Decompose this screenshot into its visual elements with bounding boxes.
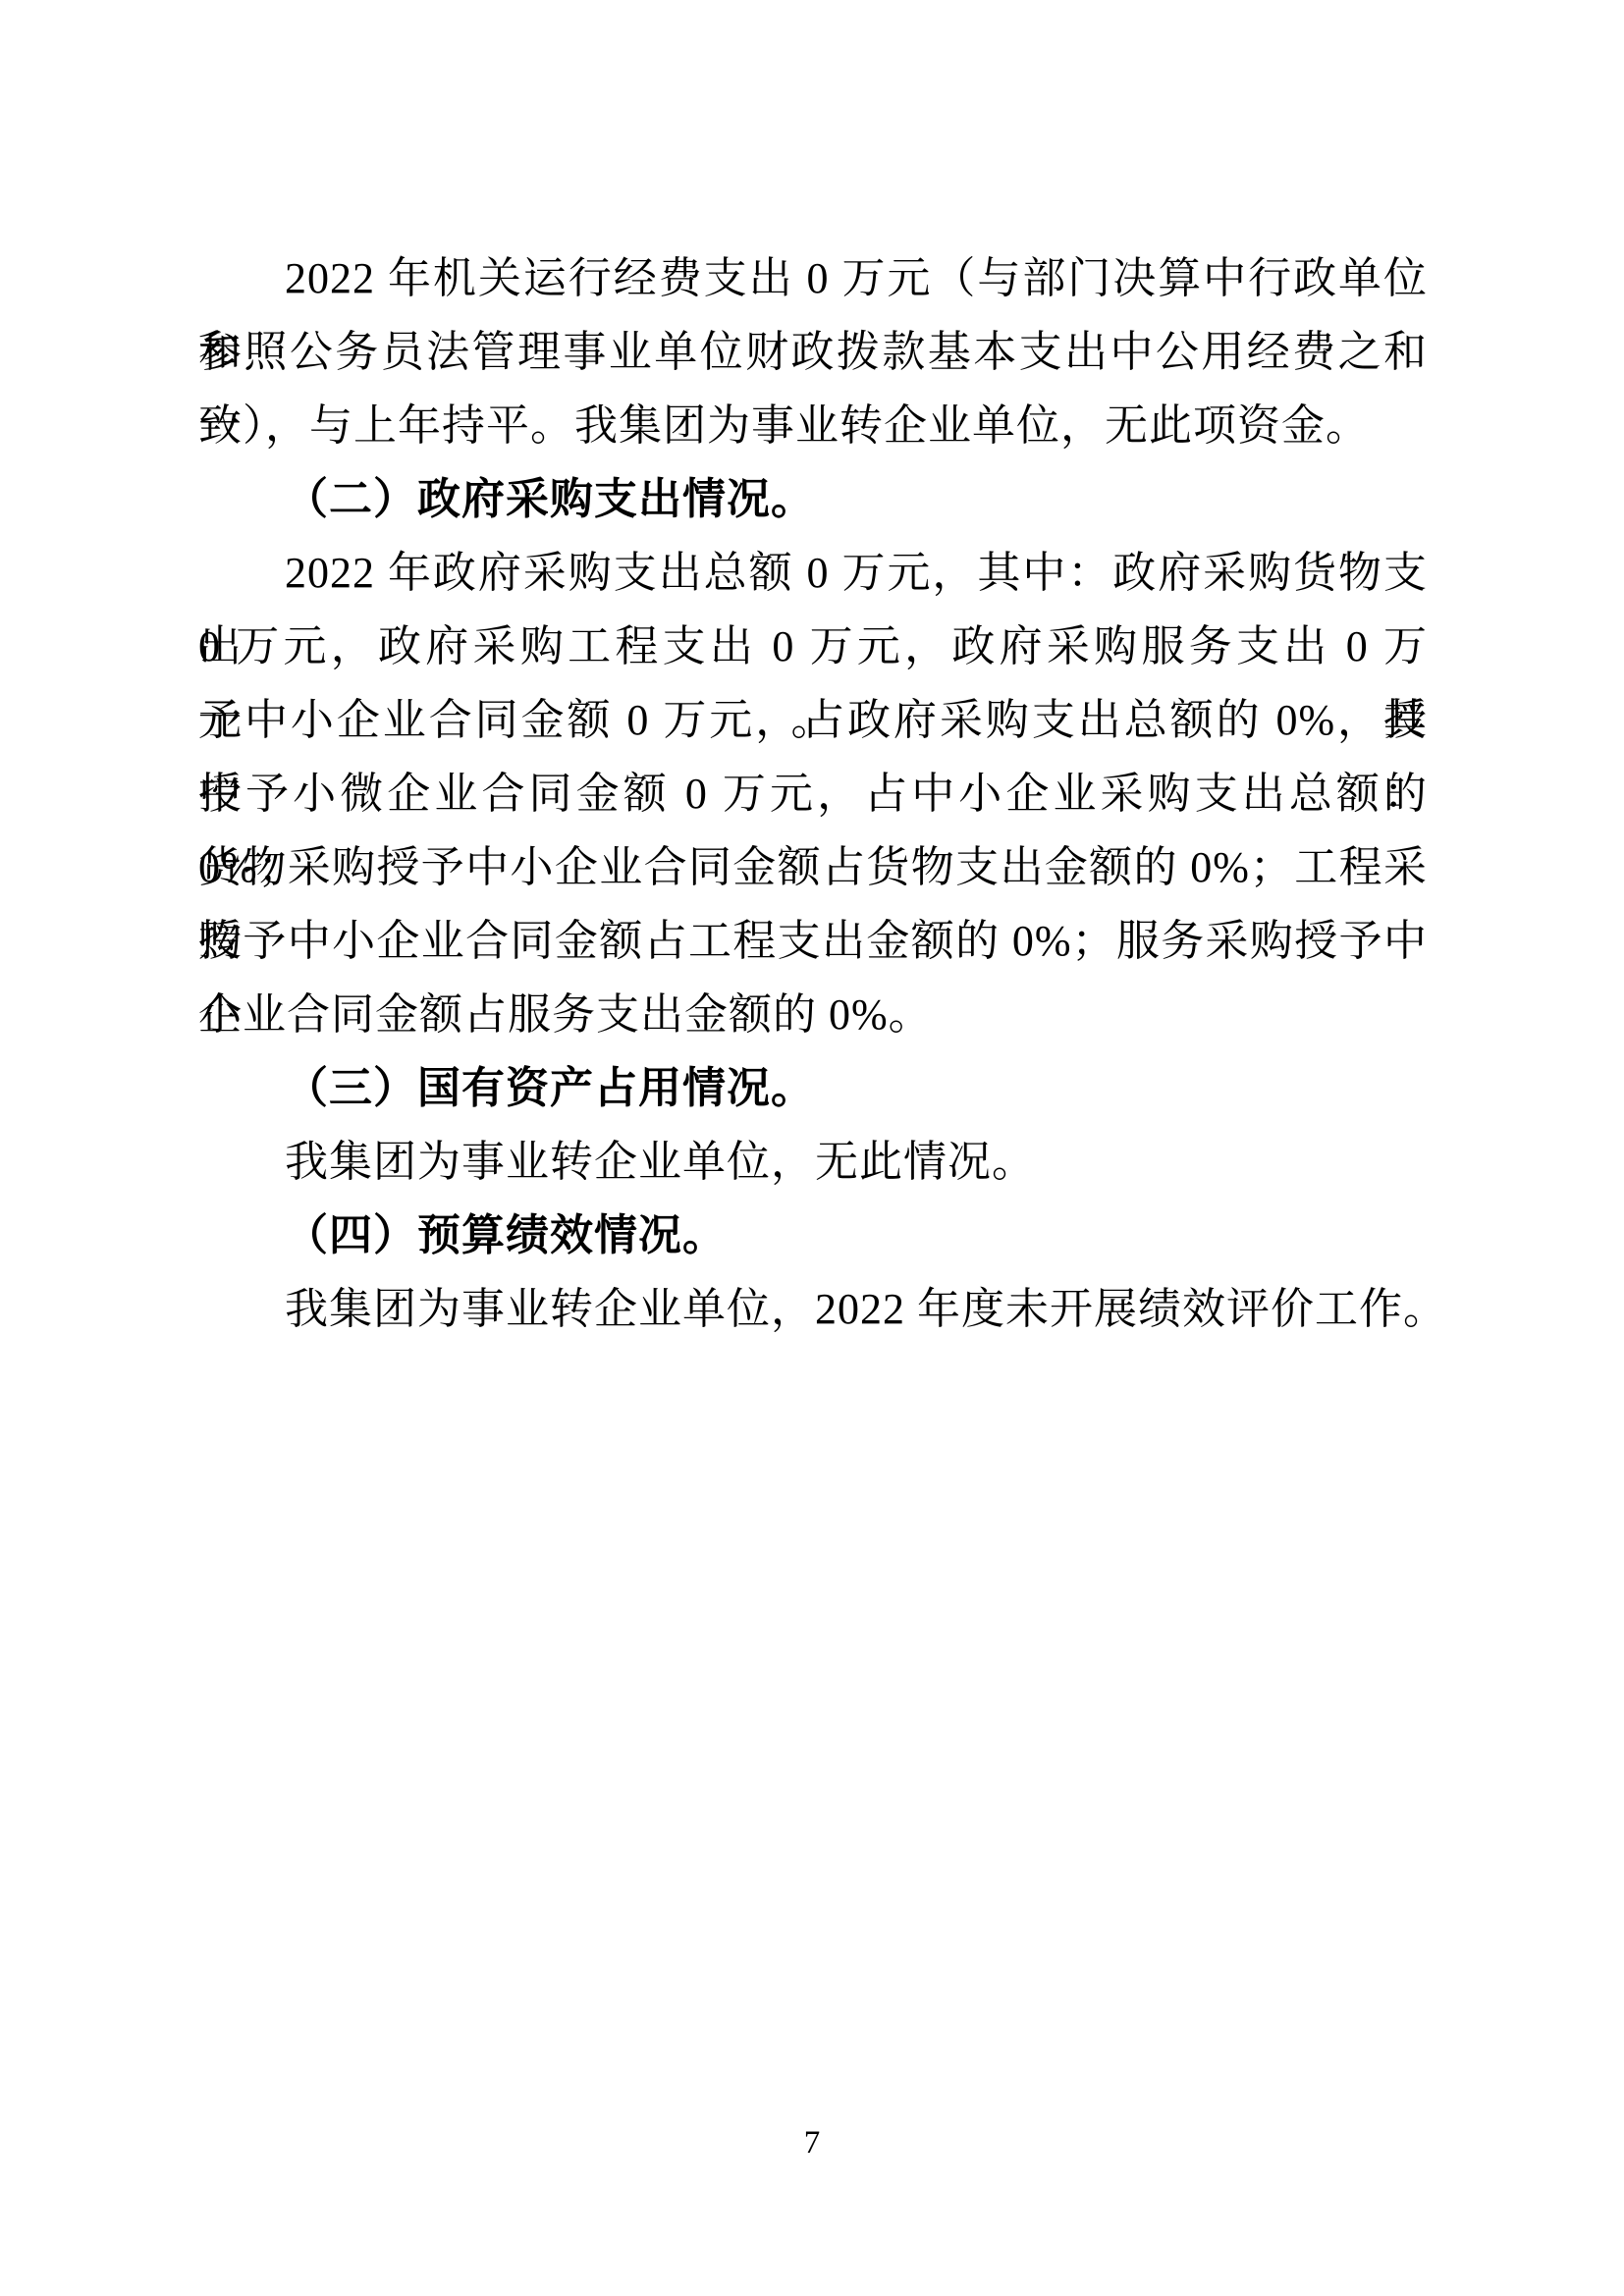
body-text-line: 授予中小企业合同金额占工程支出金额的 0%；服务采购授予中小 bbox=[198, 904, 1428, 978]
section-heading: （三）国有资产占用情况。 bbox=[198, 1051, 1428, 1125]
body-text-line: 我集团为事业转企业单位，2022 年度未开展绩效评价工作。 bbox=[198, 1272, 1428, 1346]
body-text-line: 予中小企业合同金额 0 万元，占政府采购支出总额的 0%，其中： bbox=[198, 683, 1428, 757]
page-number: 7 bbox=[0, 2123, 1624, 2163]
body-text-line: 货物采购授予中小企业合同金额占货物支出金额的 0%；工程采购 bbox=[198, 830, 1428, 904]
document-page: 2022 年机关运行经费支出 0 万元（与部门决算中行政单位和参照公务员法管理事… bbox=[0, 0, 1624, 2296]
body-text-line: 我集团为事业转企业单位，无此情况。 bbox=[198, 1125, 1428, 1199]
body-text-line: 授予小微企业合同金额 0 万元，占中小企业采购支出总额的 0%； bbox=[198, 757, 1428, 830]
section-heading: （二）政府采购支出情况。 bbox=[198, 462, 1428, 536]
section-heading: （四）预算绩效情况。 bbox=[198, 1199, 1428, 1272]
body-text-line: 参照公务员法管理事业单位财政拨款基本支出中公用经费之和一 bbox=[198, 315, 1428, 389]
body-text-line: 企业合同金额占服务支出金额的 0%。 bbox=[198, 978, 1428, 1051]
body-text-line: 0 万元，政府采购工程支出 0 万元，政府采购服务支出 0 万元。授 bbox=[198, 610, 1428, 683]
body-text-line: 致），与上年持平。我集团为事业转企业单位，无此项资金。 bbox=[198, 389, 1428, 462]
body-text-line: 2022 年机关运行经费支出 0 万元（与部门决算中行政单位和 bbox=[198, 241, 1428, 315]
document-text-block: 2022 年机关运行经费支出 0 万元（与部门决算中行政单位和参照公务员法管理事… bbox=[198, 241, 1428, 1346]
body-text-line: 2022 年政府采购支出总额 0 万元，其中：政府采购货物支出 bbox=[198, 536, 1428, 610]
